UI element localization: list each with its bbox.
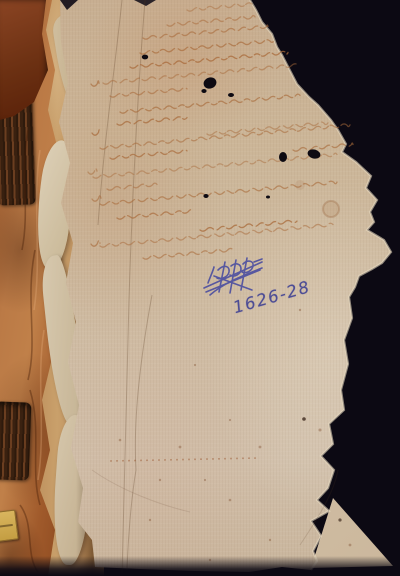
photo-stage: 1626-28	[0, 0, 400, 576]
bottom-shadow	[0, 556, 400, 576]
sewing-cords-lower	[0, 401, 31, 480]
